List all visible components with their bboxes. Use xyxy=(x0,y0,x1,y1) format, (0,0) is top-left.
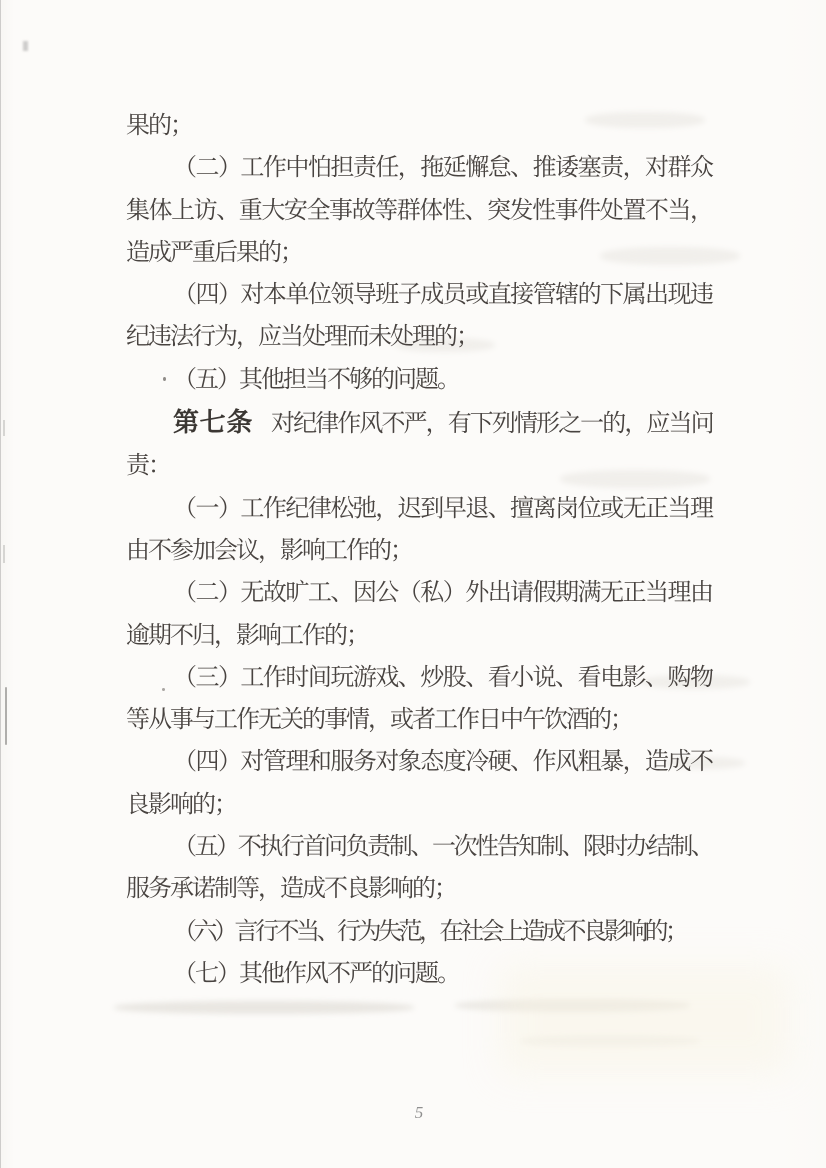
scanned-document-page: 果的； （二）工作中怕担责任，拖延懈怠、推诿塞责，对群众 集体上访、重大安全事故… xyxy=(0,0,826,1168)
text-line-continuation: 果的； xyxy=(126,105,712,147)
article-number: 第七条 xyxy=(173,407,271,437)
text-line-continuation: 良影响的； xyxy=(126,784,712,826)
text-line-continuation: 责： xyxy=(126,445,712,487)
text-line-continuation: 集体上访、重大安全事故等群体性、突发性事件处置不当， xyxy=(126,190,712,232)
document-body: 果的； （二）工作中怕担责任，拖延懈怠、推诿塞责，对群众 集体上访、重大安全事故… xyxy=(126,105,712,995)
text-line-continuation: 逾期不归，影响工作的； xyxy=(126,615,712,657)
text-line-continuation: 纪违法行为，应当处理而未处理的； xyxy=(126,316,712,358)
text-line-item-4: （四）对本单位领导班子成员或直接管辖的下属出现违 xyxy=(126,274,712,316)
scan-corner-artifact xyxy=(23,41,28,51)
scan-left-edge-line xyxy=(0,0,1,1168)
text-line-continuation: 服务承诺制等，造成不良影响的； xyxy=(126,868,712,910)
scan-edge-artifact xyxy=(5,687,7,745)
text-line-item-2: （二）无故旷工、因公（私）外出请假期满无正当理由 xyxy=(126,572,712,614)
text-line-item-6: （六）言行不当、行为失范，在社会上造成不良影响的； xyxy=(126,911,712,953)
text-line-item-5: （五）其他担当不够的问题。 xyxy=(126,359,712,401)
page-number: 5 xyxy=(404,1103,434,1123)
scan-edge-artifact xyxy=(3,420,5,436)
article-7-heading-line: 第七条对纪律作风不严，有下列情形之一的，应当问 xyxy=(126,401,712,445)
text-line-item-5: （五）不执行首问负责制、一次性告知制、限时办结制、 xyxy=(126,826,712,868)
text-line-item-3: （三）工作时间玩游戏、炒股、看小说、看电影、购物 xyxy=(126,657,712,699)
text-line-continuation: 造成严重后果的； xyxy=(126,232,712,274)
text-line-item-1: （一）工作纪律松弛，迟到早退、擅离岗位或无正当理 xyxy=(126,488,712,530)
text-line-continuation: 由不参加会议，影响工作的； xyxy=(126,530,712,572)
article-heading-text: 对纪律作风不严，有下列情形之一的，应当问 xyxy=(271,411,712,437)
text-line-item-7: （七）其他作风不严的问题。 xyxy=(126,953,712,995)
text-line-item-4: （四）对管理和服务对象态度冷硬、作风粗暴，造成不 xyxy=(126,741,712,783)
bleed-through-smudge xyxy=(114,1001,414,1014)
text-line-continuation: 等从事与工作无关的事情，或者工作日中午饮酒的； xyxy=(126,699,712,741)
text-line-item-2: （二）工作中怕担责任，拖延懈怠、推诿塞责，对群众 xyxy=(126,147,712,189)
scan-edge-artifact xyxy=(3,545,5,563)
